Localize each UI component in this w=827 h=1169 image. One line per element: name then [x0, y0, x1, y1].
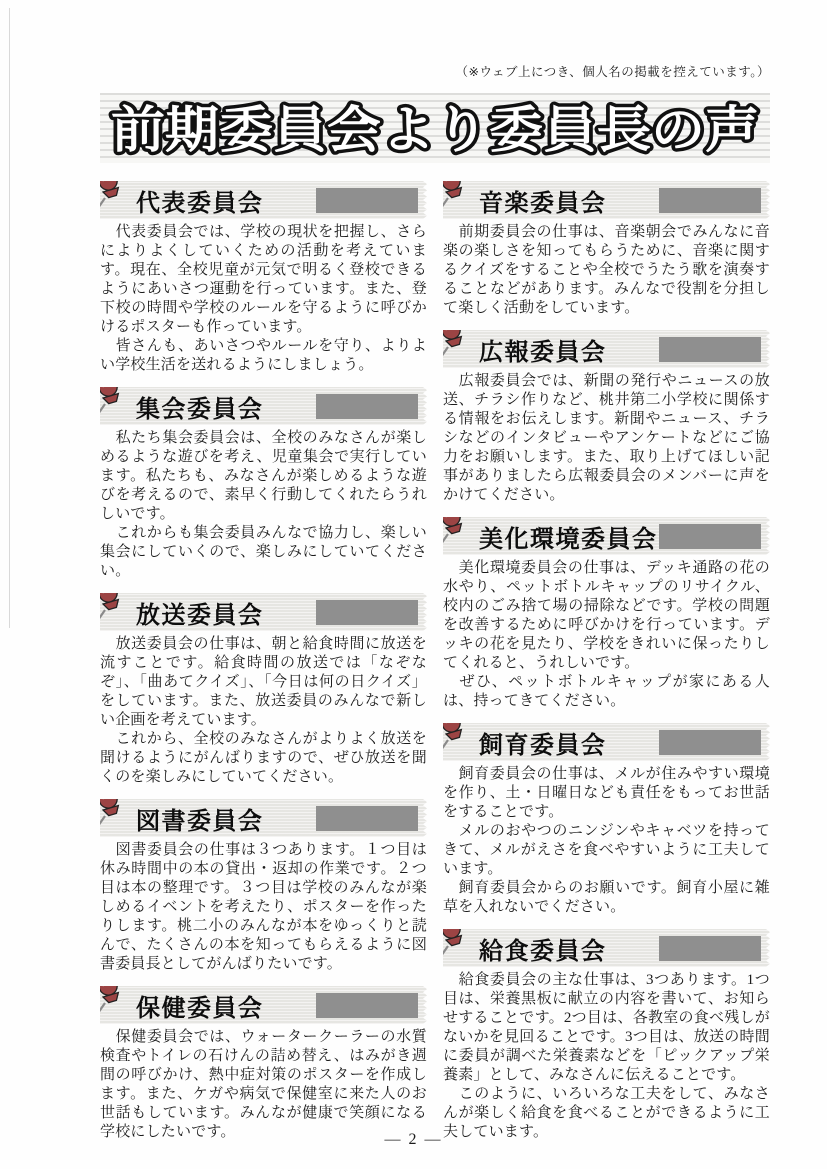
committee-paragraph: これから、全校のみなさんがよりよく放送を聞けるようにがんばりますので、ぜひ放送を…	[100, 730, 427, 787]
committee-body: 美化環境委員会の仕事は、デッキ通路の花の水やり、ペットボトルキャップのリサイクル…	[443, 559, 770, 711]
committee-paragraph: 保健委員会では、ウォータークーラーの水質検査やトイレの石けんの詰め替え、はみがき…	[100, 1028, 427, 1142]
committee-name: 保健委員会	[136, 988, 264, 1023]
pushpin-icon	[91, 786, 127, 834]
committee-body: 広報委員会では、新聞の発行やニュースの放送、チラシ作りなど、桃井第二小学校に関係…	[443, 372, 770, 505]
committee-header: 給食委員会	[443, 929, 770, 967]
committee-body: 図書委員会の仕事は３つあります。１つ目は休み時間中の本の貸出・返却の作業です。２…	[100, 841, 427, 974]
page-content: （※ウェブ上につき、個人名の掲載を控えています。） 前期委員会より委員長の声 代…	[100, 62, 770, 1142]
two-column-layout: 代表委員会 代表委員会では、学校の現状を把握し、さらによりよくしていくための活動…	[100, 167, 770, 1142]
pushpin-icon	[434, 168, 470, 216]
committee-body: 保健委員会では、ウォータークーラーの水質検査やトイレの石けんの詰め替え、はみがき…	[100, 1028, 427, 1142]
committee-name: 給食委員会	[479, 931, 607, 966]
section-tosho-iinkai: 図書委員会 図書委員会の仕事は３つあります。１つ目は休み時間中の本の貸出・返却の…	[100, 799, 427, 974]
committee-name: 集会委員会	[136, 389, 264, 424]
section-shiiku-iinkai: 飼育委員会 飼育委員会の仕事は、メルが住みやすい環境を作り、土・日曜日なども責任…	[443, 723, 770, 917]
committee-header: 飼育委員会	[443, 723, 770, 761]
section-kyushoku-iinkai: 給食委員会 給食委員会の主な仕事は、3つあります。1つ目は、栄養黒板に献立の内容…	[443, 929, 770, 1142]
section-shukai-iinkai: 集会委員会 私たち集会委員会は、全校のみなさんが楽しめるような遊びを考え、児童集…	[100, 387, 427, 581]
page-title-banner: 前期委員会より委員長の声	[100, 93, 770, 163]
redacted-name-box	[659, 524, 761, 549]
newsletter-page: （※ウェブ上につき、個人名の掲載を控えています。） 前期委員会より委員長の声 代…	[0, 0, 827, 1169]
committee-paragraph: ぜひ、ペットボトルキャップが家にある人は、持ってきてください。	[443, 673, 770, 711]
section-bika-kankyo-iinkai: 美化環境委員会 美化環境委員会の仕事は、デッキ通路の花の水やり、ペットボトルキャ…	[443, 517, 770, 711]
pushpin-icon	[91, 580, 127, 628]
committee-body: 給食委員会の主な仕事は、3つあります。1つ目は、栄養黒板に献立の内容を書いて、お…	[443, 971, 770, 1142]
privacy-note: （※ウェブ上につき、個人名の掲載を控えています。）	[100, 62, 770, 79]
scan-edge-line	[9, 8, 10, 628]
page-title-art: 前期委員会より委員長の声	[100, 93, 770, 163]
committee-body: 私たち集会委員会は、全校のみなさんが楽しめるような遊びを考え、児童集会で実行して…	[100, 429, 427, 581]
section-hoken-iinkai: 保健委員会 保健委員会では、ウォータークーラーの水質検査やトイレの石けんの詰め替…	[100, 986, 427, 1142]
redacted-name-box	[316, 600, 418, 625]
committee-body: 代表委員会では、学校の現状を把握し、さらによりよくしていくための活動を考えていま…	[100, 223, 427, 375]
committee-header: 代表委員会	[100, 181, 427, 219]
committee-paragraph: 美化環境委員会の仕事は、デッキ通路の花の水やり、ペットボトルキャップのリサイクル…	[443, 559, 770, 673]
committee-name: 代表委員会	[136, 183, 264, 218]
committee-body: 飼育委員会の仕事は、メルが住みやすい環境を作り、土・日曜日なども責任をもってお世…	[443, 765, 770, 917]
redacted-name-box	[659, 730, 761, 755]
pushpin-icon	[434, 710, 470, 758]
right-column: 音楽委員会 前期委員会の仕事は、音楽朝会でみんなに音楽の楽しさを知ってもらうため…	[443, 167, 770, 1142]
committee-paragraph: 皆さんも、あいさつやルールを守り、よりよい学校生活を送れるようにしましょう。	[100, 337, 427, 375]
committee-header: 広報委員会	[443, 330, 770, 368]
committee-paragraph: 代表委員会では、学校の現状を把握し、さらによりよくしていくための活動を考えていま…	[100, 223, 427, 337]
committee-paragraph: メルのおやつのニンジンやキャベツを持ってきて、メルがえさを食べやすいように工夫し…	[443, 822, 770, 879]
pushpin-icon	[434, 317, 470, 365]
committee-header: 保健委員会	[100, 986, 427, 1024]
redacted-name-box	[316, 188, 418, 213]
committee-name: 図書委員会	[136, 801, 264, 836]
committee-paragraph: 前期委員会の仕事は、音楽朝会でみんなに音楽の楽しさを知ってもらうために、音楽に関…	[443, 223, 770, 318]
committee-paragraph: 放送委員会の仕事は、朝と給食時間に放送を流すことです。給食時間の放送では「なぞな…	[100, 635, 427, 730]
left-column: 代表委員会 代表委員会では、学校の現状を把握し、さらによりよくしていくための活動…	[100, 167, 427, 1142]
committee-header: 音楽委員会	[443, 181, 770, 219]
committee-name: 広報委員会	[479, 332, 607, 367]
redacted-name-box	[316, 394, 418, 419]
section-daihyo-iinkai: 代表委員会 代表委員会では、学校の現状を把握し、さらによりよくしていくための活動…	[100, 181, 427, 375]
pushpin-icon	[91, 374, 127, 422]
committee-name: 飼育委員会	[479, 725, 607, 760]
redacted-name-box	[316, 806, 418, 831]
pushpin-icon	[91, 168, 127, 216]
page-title: 前期委員会より委員長の声	[111, 102, 759, 158]
committee-header: 美化環境委員会	[443, 517, 770, 555]
redacted-name-box	[659, 936, 761, 961]
committee-name: 音楽委員会	[479, 183, 607, 218]
committee-paragraph: 図書委員会の仕事は３つあります。１つ目は休み時間中の本の貸出・返却の作業です。２…	[100, 841, 427, 974]
page-number: ― 2 ―	[0, 1131, 827, 1149]
pushpin-icon	[91, 973, 127, 1021]
committee-paragraph: 飼育委員会からのお願いです。飼育小屋に雑草を入れないでください。	[443, 879, 770, 917]
section-ongaku-iinkai: 音楽委員会 前期委員会の仕事は、音楽朝会でみんなに音楽の楽しさを知ってもらうため…	[443, 181, 770, 318]
committee-name: 美化環境委員会	[479, 519, 658, 554]
committee-paragraph: 給食委員会の主な仕事は、3つあります。1つ目は、栄養黒板に献立の内容を書いて、お…	[443, 971, 770, 1085]
pushpin-icon	[434, 504, 470, 552]
committee-header: 図書委員会	[100, 799, 427, 837]
section-hoso-iinkai: 放送委員会 放送委員会の仕事は、朝と給食時間に放送を流すことです。給食時間の放送…	[100, 593, 427, 787]
pushpin-icon	[434, 916, 470, 964]
section-koho-iinkai: 広報委員会 広報委員会では、新聞の発行やニュースの放送、チラシ作りなど、桃井第二…	[443, 330, 770, 505]
committee-paragraph: 飼育委員会の仕事は、メルが住みやすい環境を作り、土・日曜日なども責任をもってお世…	[443, 765, 770, 822]
committee-body: 放送委員会の仕事は、朝と給食時間に放送を流すことです。給食時間の放送では「なぞな…	[100, 635, 427, 787]
redacted-name-box	[659, 188, 761, 213]
committee-paragraph: 私たち集会委員会は、全校のみなさんが楽しめるような遊びを考え、児童集会で実行して…	[100, 429, 427, 524]
redacted-name-box	[659, 337, 761, 362]
committee-name: 放送委員会	[136, 595, 264, 630]
committee-header: 放送委員会	[100, 593, 427, 631]
redacted-name-box	[316, 993, 418, 1018]
committee-body: 前期委員会の仕事は、音楽朝会でみんなに音楽の楽しさを知ってもらうために、音楽に関…	[443, 223, 770, 318]
committee-paragraph: 広報委員会では、新聞の発行やニュースの放送、チラシ作りなど、桃井第二小学校に関係…	[443, 372, 770, 505]
committee-header: 集会委員会	[100, 387, 427, 425]
committee-paragraph: これからも集会委員みんなで協力し、楽しい集会にしていくので、楽しみにしていてくだ…	[100, 524, 427, 581]
